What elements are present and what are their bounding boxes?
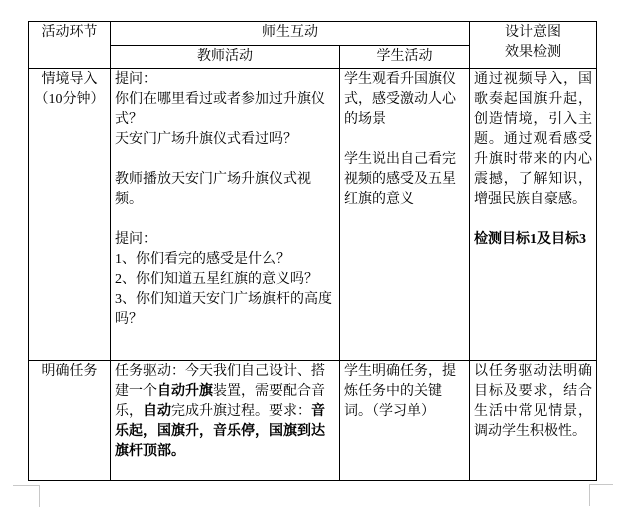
cell-student-activity-situation-intro: 学生观看升国旗仪式，感受激动人心的场景 学生说出自己看完视频的感受及五星红旗的意… [340,69,470,361]
row-clarify-task: 明确任务 任务驱动：今天我们自己设计、搭建一个自动升旗装置，需要配合音乐，自动完… [29,361,597,481]
page-margin-mark-bottom-left-horizontal [13,485,40,486]
document-page: 活动环节 师生互动 设计意图 效果检测 教师活动 学生活动 情境导入（10分钟）… [0,0,627,519]
cell-teacher-activity-situation-intro: 提问：你们在哪里看过或者参加过升旗仪式？天安门广场升旗仪式看过吗？ 教师播放天安… [111,69,340,361]
header-design-intent-line2: 效果检测 [474,43,592,63]
lesson-plan-table: 活动环节 师生互动 设计意图 效果检测 教师活动 学生活动 情境导入（10分钟）… [28,21,597,481]
cell-activity-label-clarify-task: 明确任务 [29,361,111,481]
page-margin-mark-bottom-left-vertical [39,485,40,507]
page-margin-mark-bottom-right-vertical [589,484,590,506]
cell-activity-label-situation-intro: 情境导入（10分钟） [29,69,111,361]
header-teacher-student-interaction: 师生互动 [111,22,470,46]
cell-student-activity-clarify-task: 学生明确任务，提炼任务中的关键词。（学习单） [340,361,470,481]
header-row-1: 活动环节 师生互动 设计意图 效果检测 [29,22,597,46]
header-student-activity: 学生活动 [340,46,470,69]
page-margin-mark-bottom-right-horizontal [589,484,613,485]
cell-design-intent-clarify-task: 以任务驱动法明确目标及要求，结合生活中常见情景，调动学生积极性。 [470,361,597,481]
header-design-intent: 设计意图 效果检测 [470,22,597,69]
header-design-intent-line1: 设计意图 [474,23,592,43]
header-activity-phase: 活动环节 [29,22,111,69]
header-teacher-activity: 教师活动 [111,46,340,69]
cell-design-intent-situation-intro: 通过视频导入，国歌奏起国旗升起，创造情境，引入主题。通过观看感受升旗时带来的内心… [470,69,597,361]
cell-teacher-activity-clarify-task: 任务驱动：今天我们自己设计、搭建一个自动升旗装置，需要配合音乐，自动完成升旗过程… [111,361,340,481]
row-situation-intro: 情境导入（10分钟） 提问：你们在哪里看过或者参加过升旗仪式？天安门广场升旗仪式… [29,69,597,361]
